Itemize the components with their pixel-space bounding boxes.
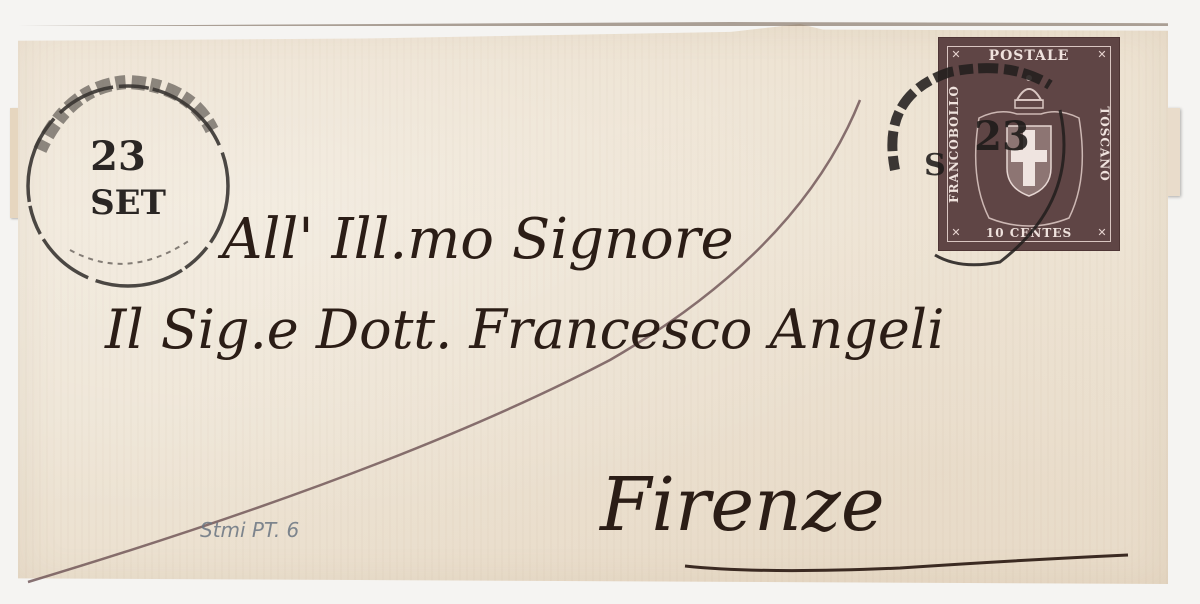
address-line-1: All' Ill.mo Signore — [217, 207, 734, 272]
cancel-day: 23 — [974, 113, 1030, 160]
left-postmark: 23 SET — [28, 82, 228, 286]
address-line-2: Il Sig.e Dott. Francesco Angeli — [104, 298, 944, 361]
stamp-cancellation: 23 S — [892, 68, 1064, 265]
handwritten-address: All' Ill.mo Signore Il Sig.e Dott. Franc… — [104, 207, 1128, 571]
ink-overlay: 23 SET 23 S All' Ill.mo Signore Il Sig.e… — [0, 0, 1200, 604]
city-underline — [685, 555, 1128, 571]
address-city: Firenze — [598, 462, 885, 548]
postmark-day: 23 — [90, 133, 146, 180]
pencil-annotation: Stmi PT. 6 — [200, 518, 299, 542]
cancel-month: S — [924, 148, 946, 183]
postmark-month: SET — [90, 183, 166, 223]
